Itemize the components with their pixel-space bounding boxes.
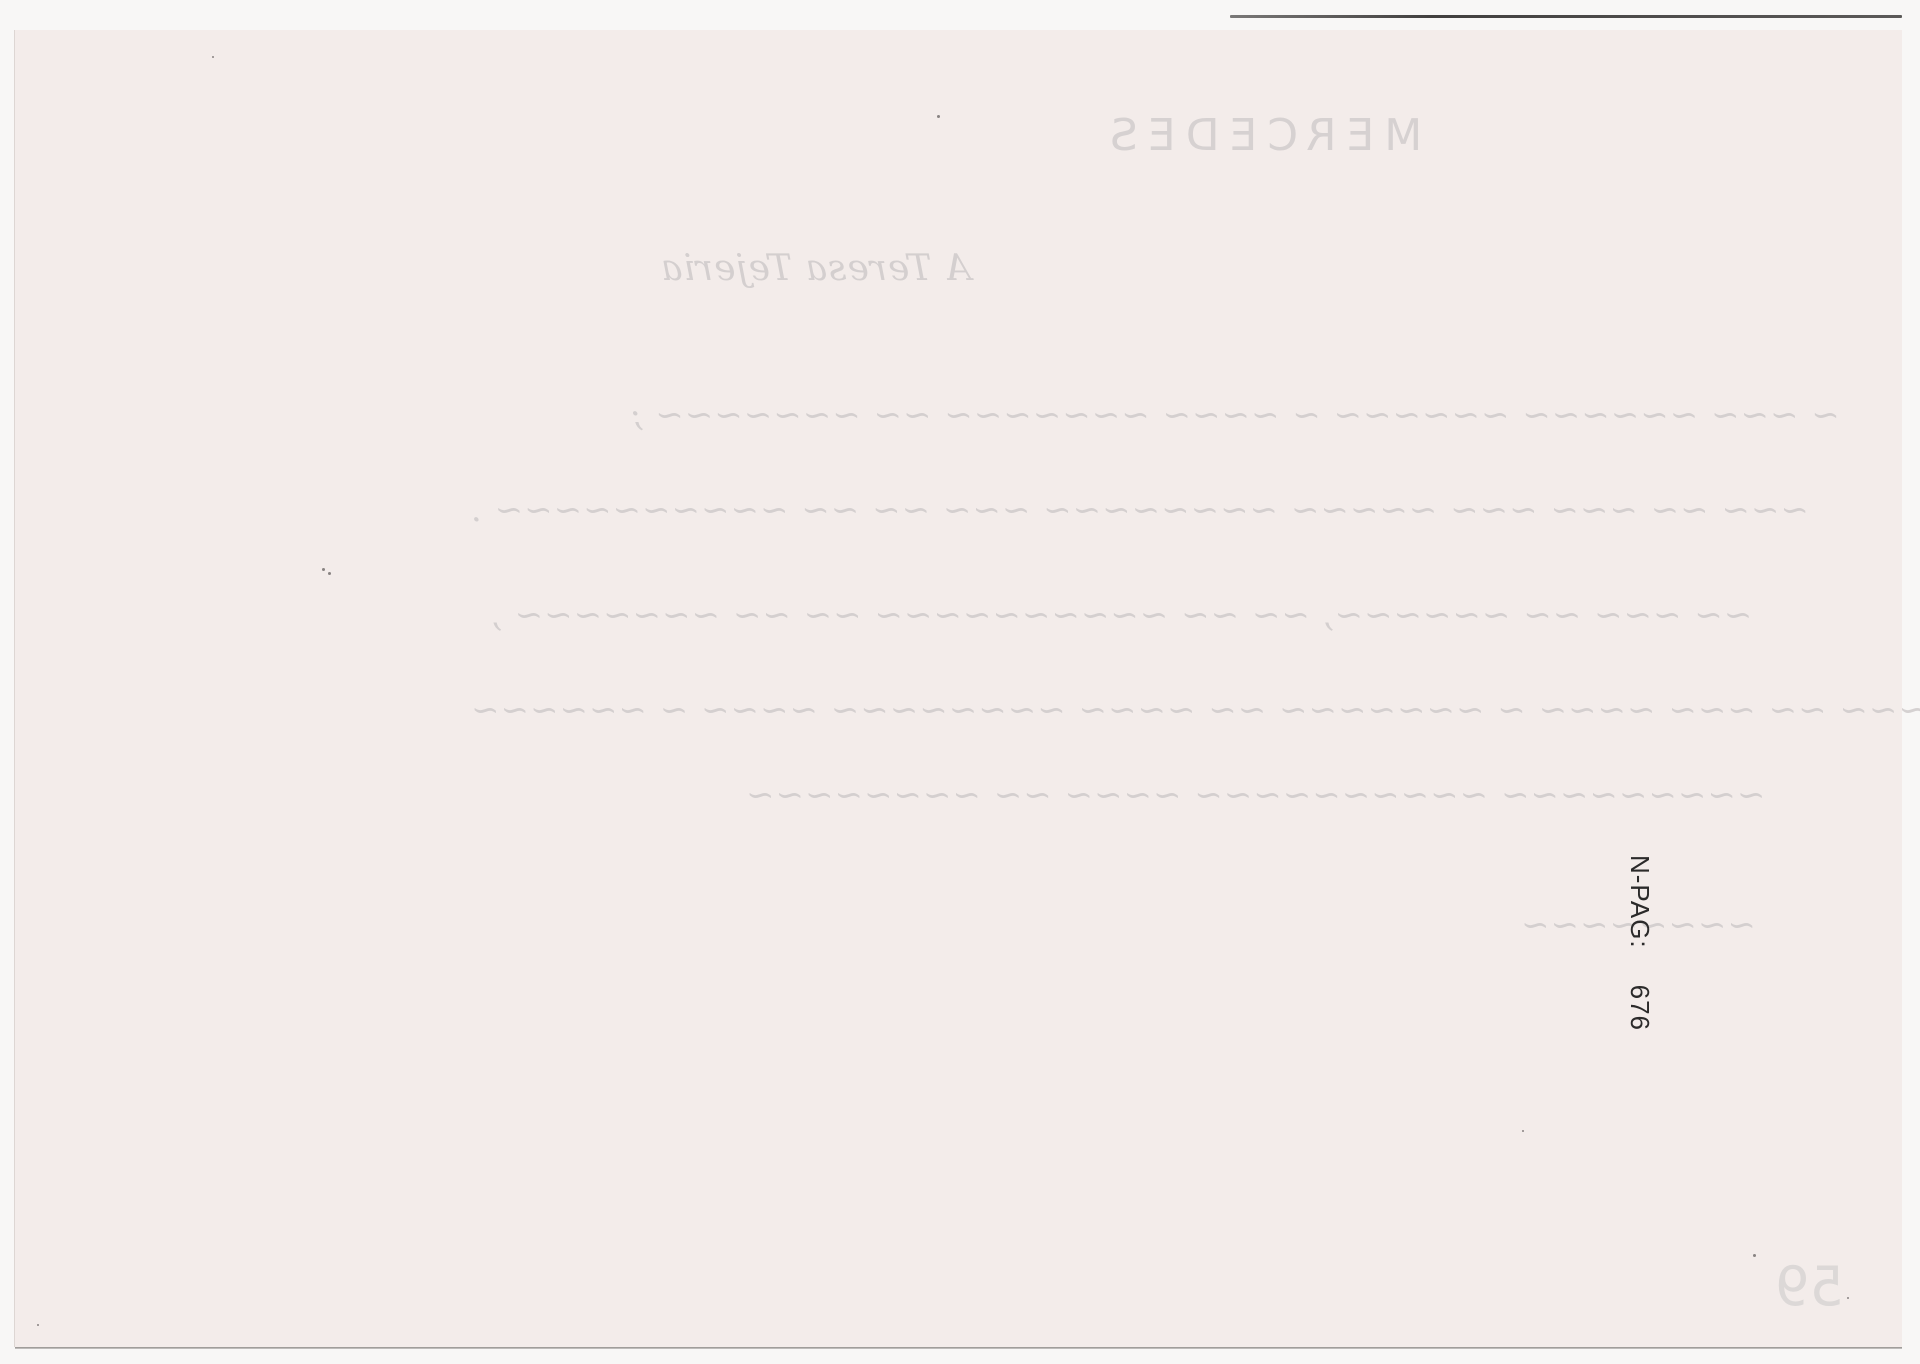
bleed-through-title: MERCEDES xyxy=(1100,110,1422,161)
scanner-background: MERCEDES A Teresa Tejeria ~ ~~~ ~~~~~~ ~… xyxy=(0,0,1920,1364)
bleed-through-line-4: ~~~ ~~ ~~~ ~~~~ ~ ~~~~~~~ ~~ ~~~~ ~~~~~~… xyxy=(470,690,1920,730)
bleed-through-salutation: A Teresa Tejeria xyxy=(660,248,971,289)
dust-speck xyxy=(322,568,325,571)
page-number-stamp: N-PAG:676 xyxy=(1624,855,1655,1031)
paper-sheet xyxy=(15,30,1902,1347)
stamp-label: N-PAG: xyxy=(1625,855,1655,949)
bleed-through-line-3: ~~ ~~~ ~~ ~~~~~~, ~~ ~~ ~~~~~~~~~~ ~~ ~~… xyxy=(490,595,1752,635)
bleed-through-line-1: ~ ~~~ ~~~~~~ ~~~~~~ ~ ~~~~ ~~~~~~~ ~~ ~~… xyxy=(630,395,1840,435)
stamp-number: 676 xyxy=(1625,985,1655,1031)
dust-speck xyxy=(1522,1130,1524,1132)
dust-speck xyxy=(1847,1297,1849,1299)
dust-speck xyxy=(328,572,331,575)
dust-speck xyxy=(1753,1254,1756,1257)
dust-speck xyxy=(37,1324,39,1326)
pencil-corner-mark: 59 xyxy=(1775,1255,1844,1318)
dust-speck xyxy=(937,115,940,118)
paper-top-edge-shadow xyxy=(1230,15,1902,18)
dust-speck xyxy=(212,56,214,58)
bleed-through-line-5: ~~~~~~~~~ ~~~~~~~~~~ ~~~~ ~~ ~~~~~~~~ xyxy=(745,775,1765,815)
bleed-through-line-2: ~~~ ~~ ~~~ ~~~ ~~~~~ ~~~~~~~~ ~~~ ~~ ~~ … xyxy=(470,490,1809,530)
